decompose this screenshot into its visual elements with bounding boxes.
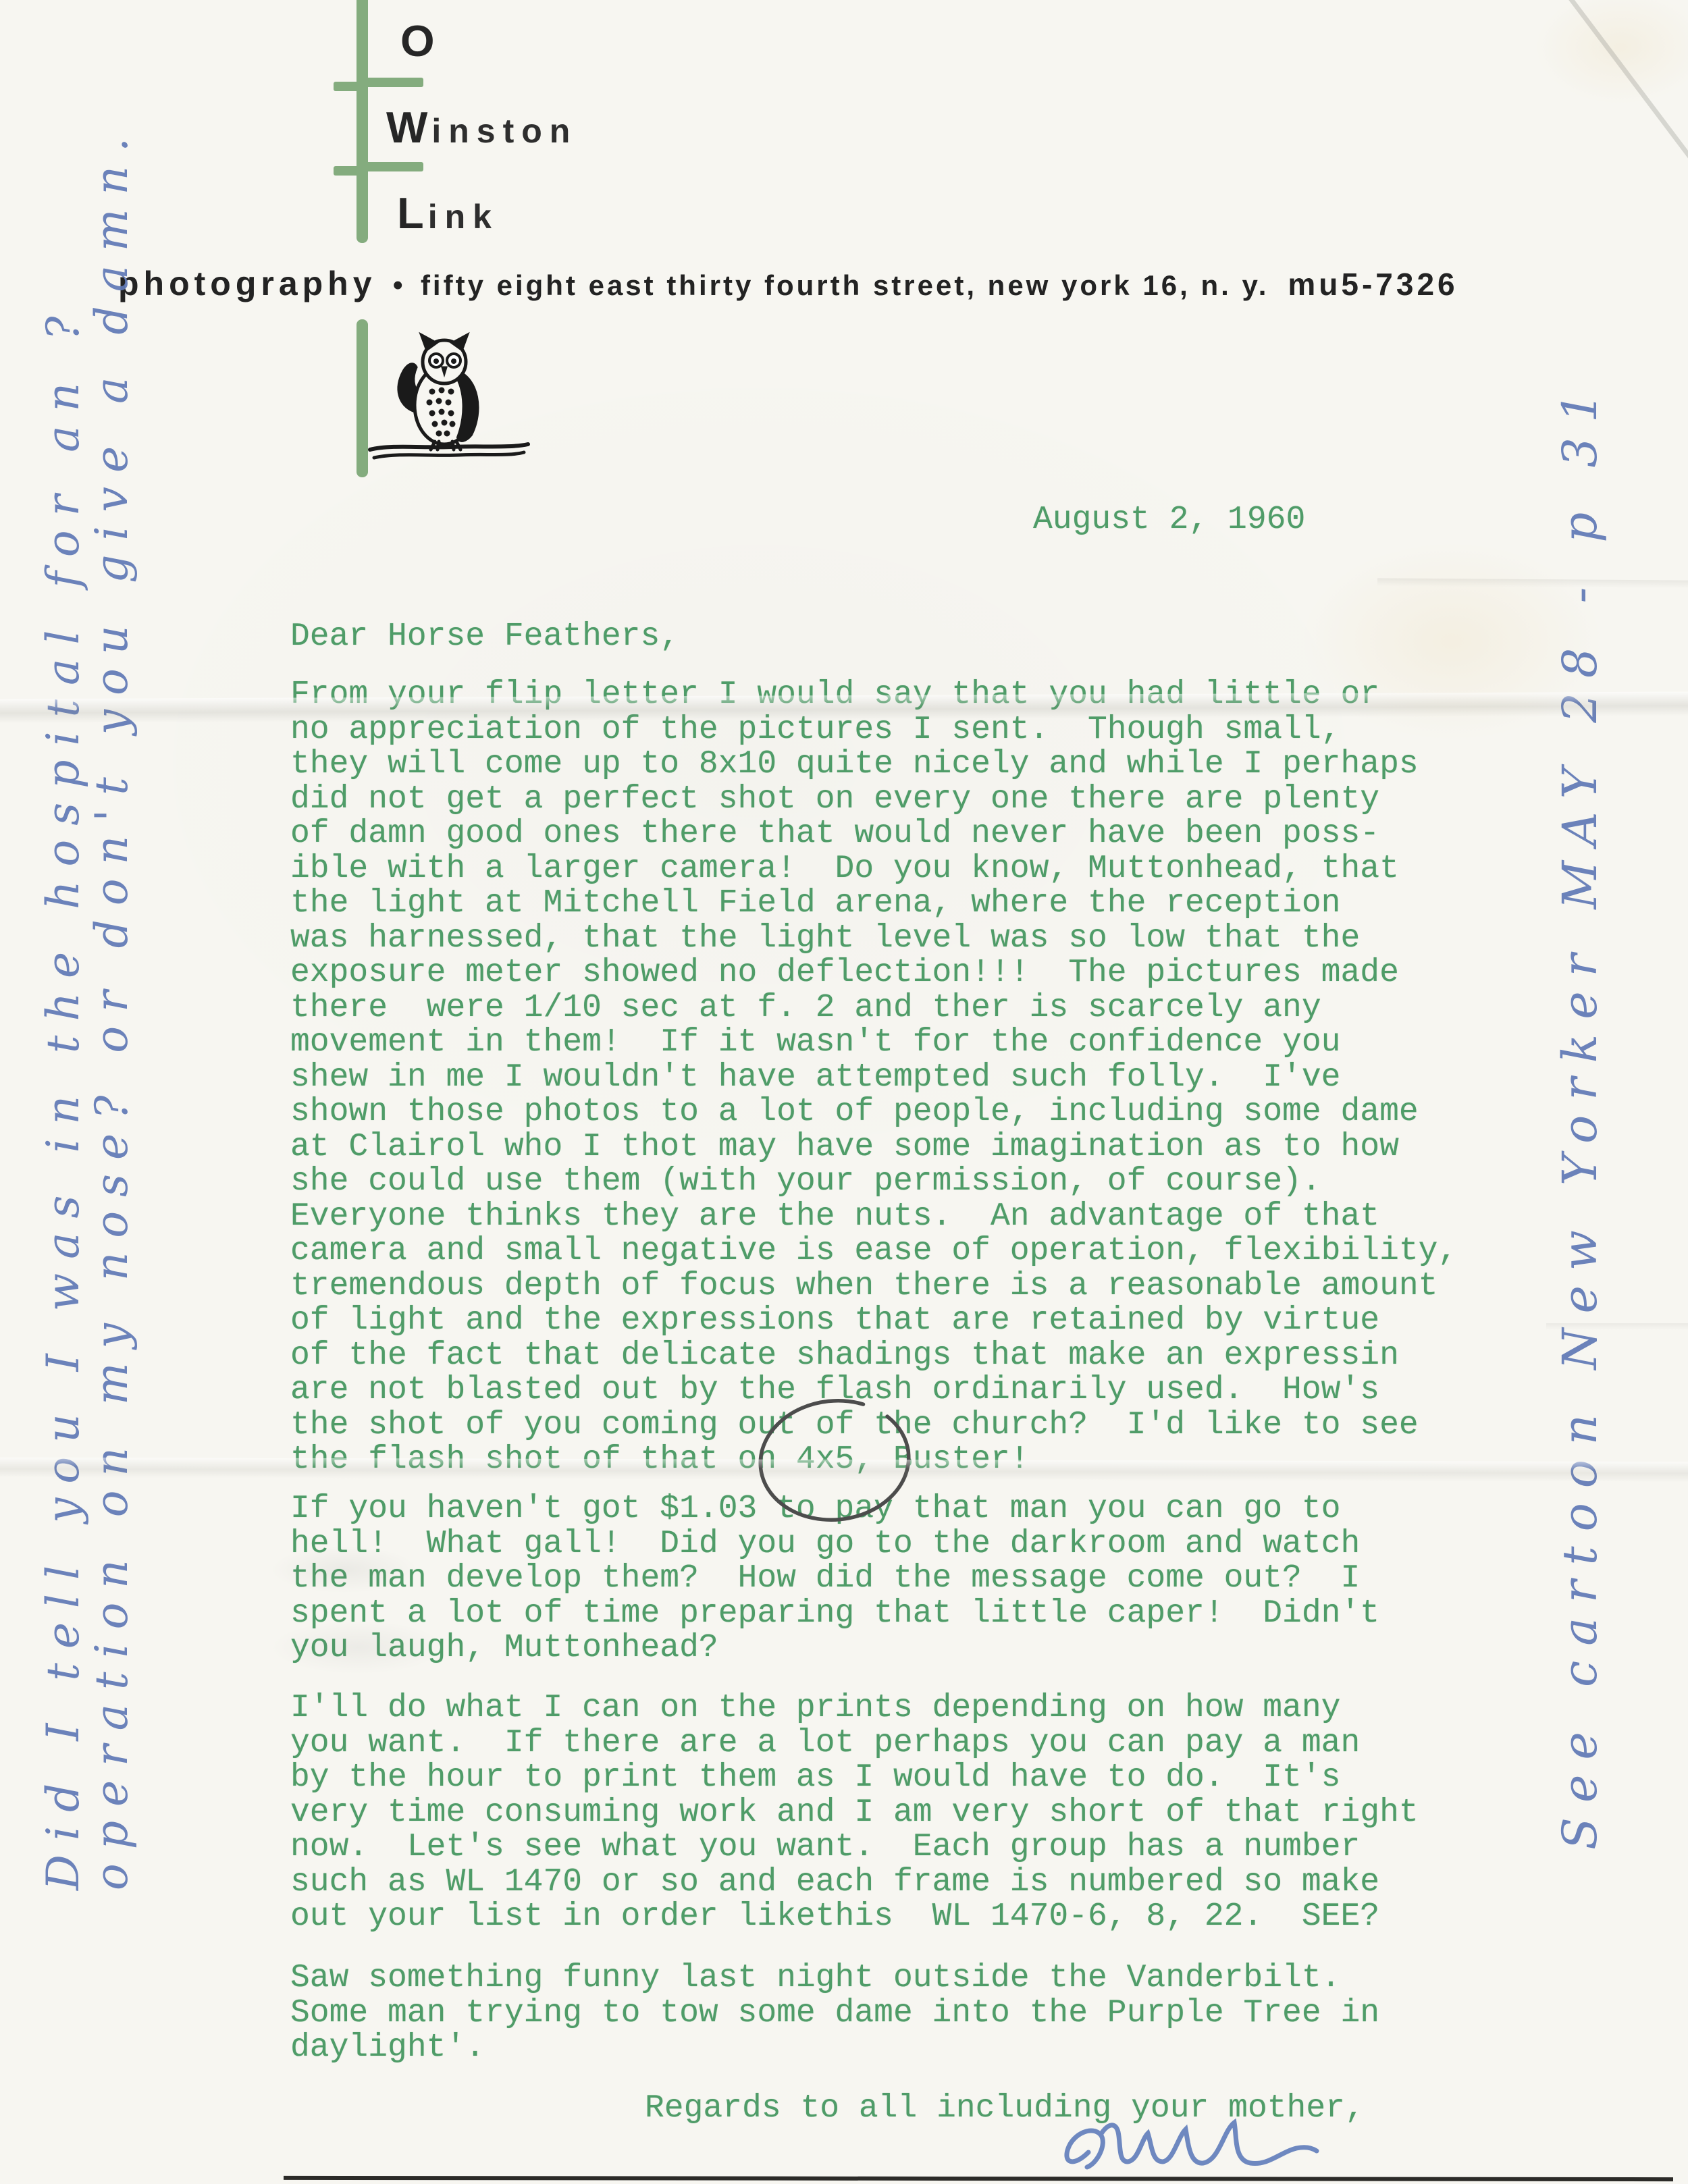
paper-crease-right-1 (1377, 578, 1688, 588)
corner-fold-crease (1566, 0, 1688, 159)
letter-date: August 2, 1960 (1033, 503, 1305, 538)
letterhead-vertical-rule-top (357, 0, 368, 243)
letterhead-initial-o: O (400, 19, 435, 63)
scan-bottom-paper-edge (284, 2176, 1673, 2181)
letterhead-name-link: Link (397, 191, 499, 235)
letterhead-brand-word: photography (118, 264, 377, 303)
letterhead-crossbar-2-left (334, 166, 361, 176)
letterhead-winston-rest: inston (431, 114, 577, 148)
letterhead-link-rest: ink (428, 200, 499, 234)
paragraph-4: Saw something funny last night outside t… (290, 1961, 1379, 2066)
paragraph-3: I'll do what I can on the prints dependi… (290, 1691, 1419, 1935)
handwritten-note-left-margin: Did I tell you I was in the hospital for… (39, 243, 140, 1890)
owl-logo-icon (365, 329, 533, 468)
letterhead-crossbar-2-right (365, 162, 423, 171)
signature-scrawl-icon (1053, 2105, 1323, 2184)
note-left-line-2: operation on my nose? or don't you give … (88, 243, 136, 1890)
pencil-circle-annotation-icon (750, 1394, 919, 1526)
salutation: Dear Horse Feathers, (290, 620, 679, 655)
letterhead-initial-l: L (397, 191, 424, 235)
letter-page: O Winston Link photography • fifty eight… (0, 0, 1688, 2184)
handwritten-note-right-margin: See cartoon New Yorker MAY 28 - p 31 (1553, 513, 1614, 1850)
letterhead-name-winston: Winston (386, 105, 577, 149)
note-left-line-1: Did I tell you I was in the hospital for… (39, 243, 88, 1890)
letterhead-initial-w: W (386, 105, 427, 149)
letterhead-phone-number: mu5-7326 (1288, 266, 1458, 302)
letterhead-crossbar-1-left (334, 82, 361, 91)
letterhead-crossbar-1-right (365, 78, 423, 87)
paragraph-1: From your flip letter I would say that y… (290, 678, 1457, 1478)
paper-crease-right-2 (1546, 1323, 1688, 1330)
letterhead-street-address: fifty eight east thirty fourth street, n… (421, 269, 1269, 302)
letterhead-address-row: photography • fifty eight east thirty fo… (118, 264, 1458, 303)
bullet-separator-icon: • (393, 269, 403, 302)
